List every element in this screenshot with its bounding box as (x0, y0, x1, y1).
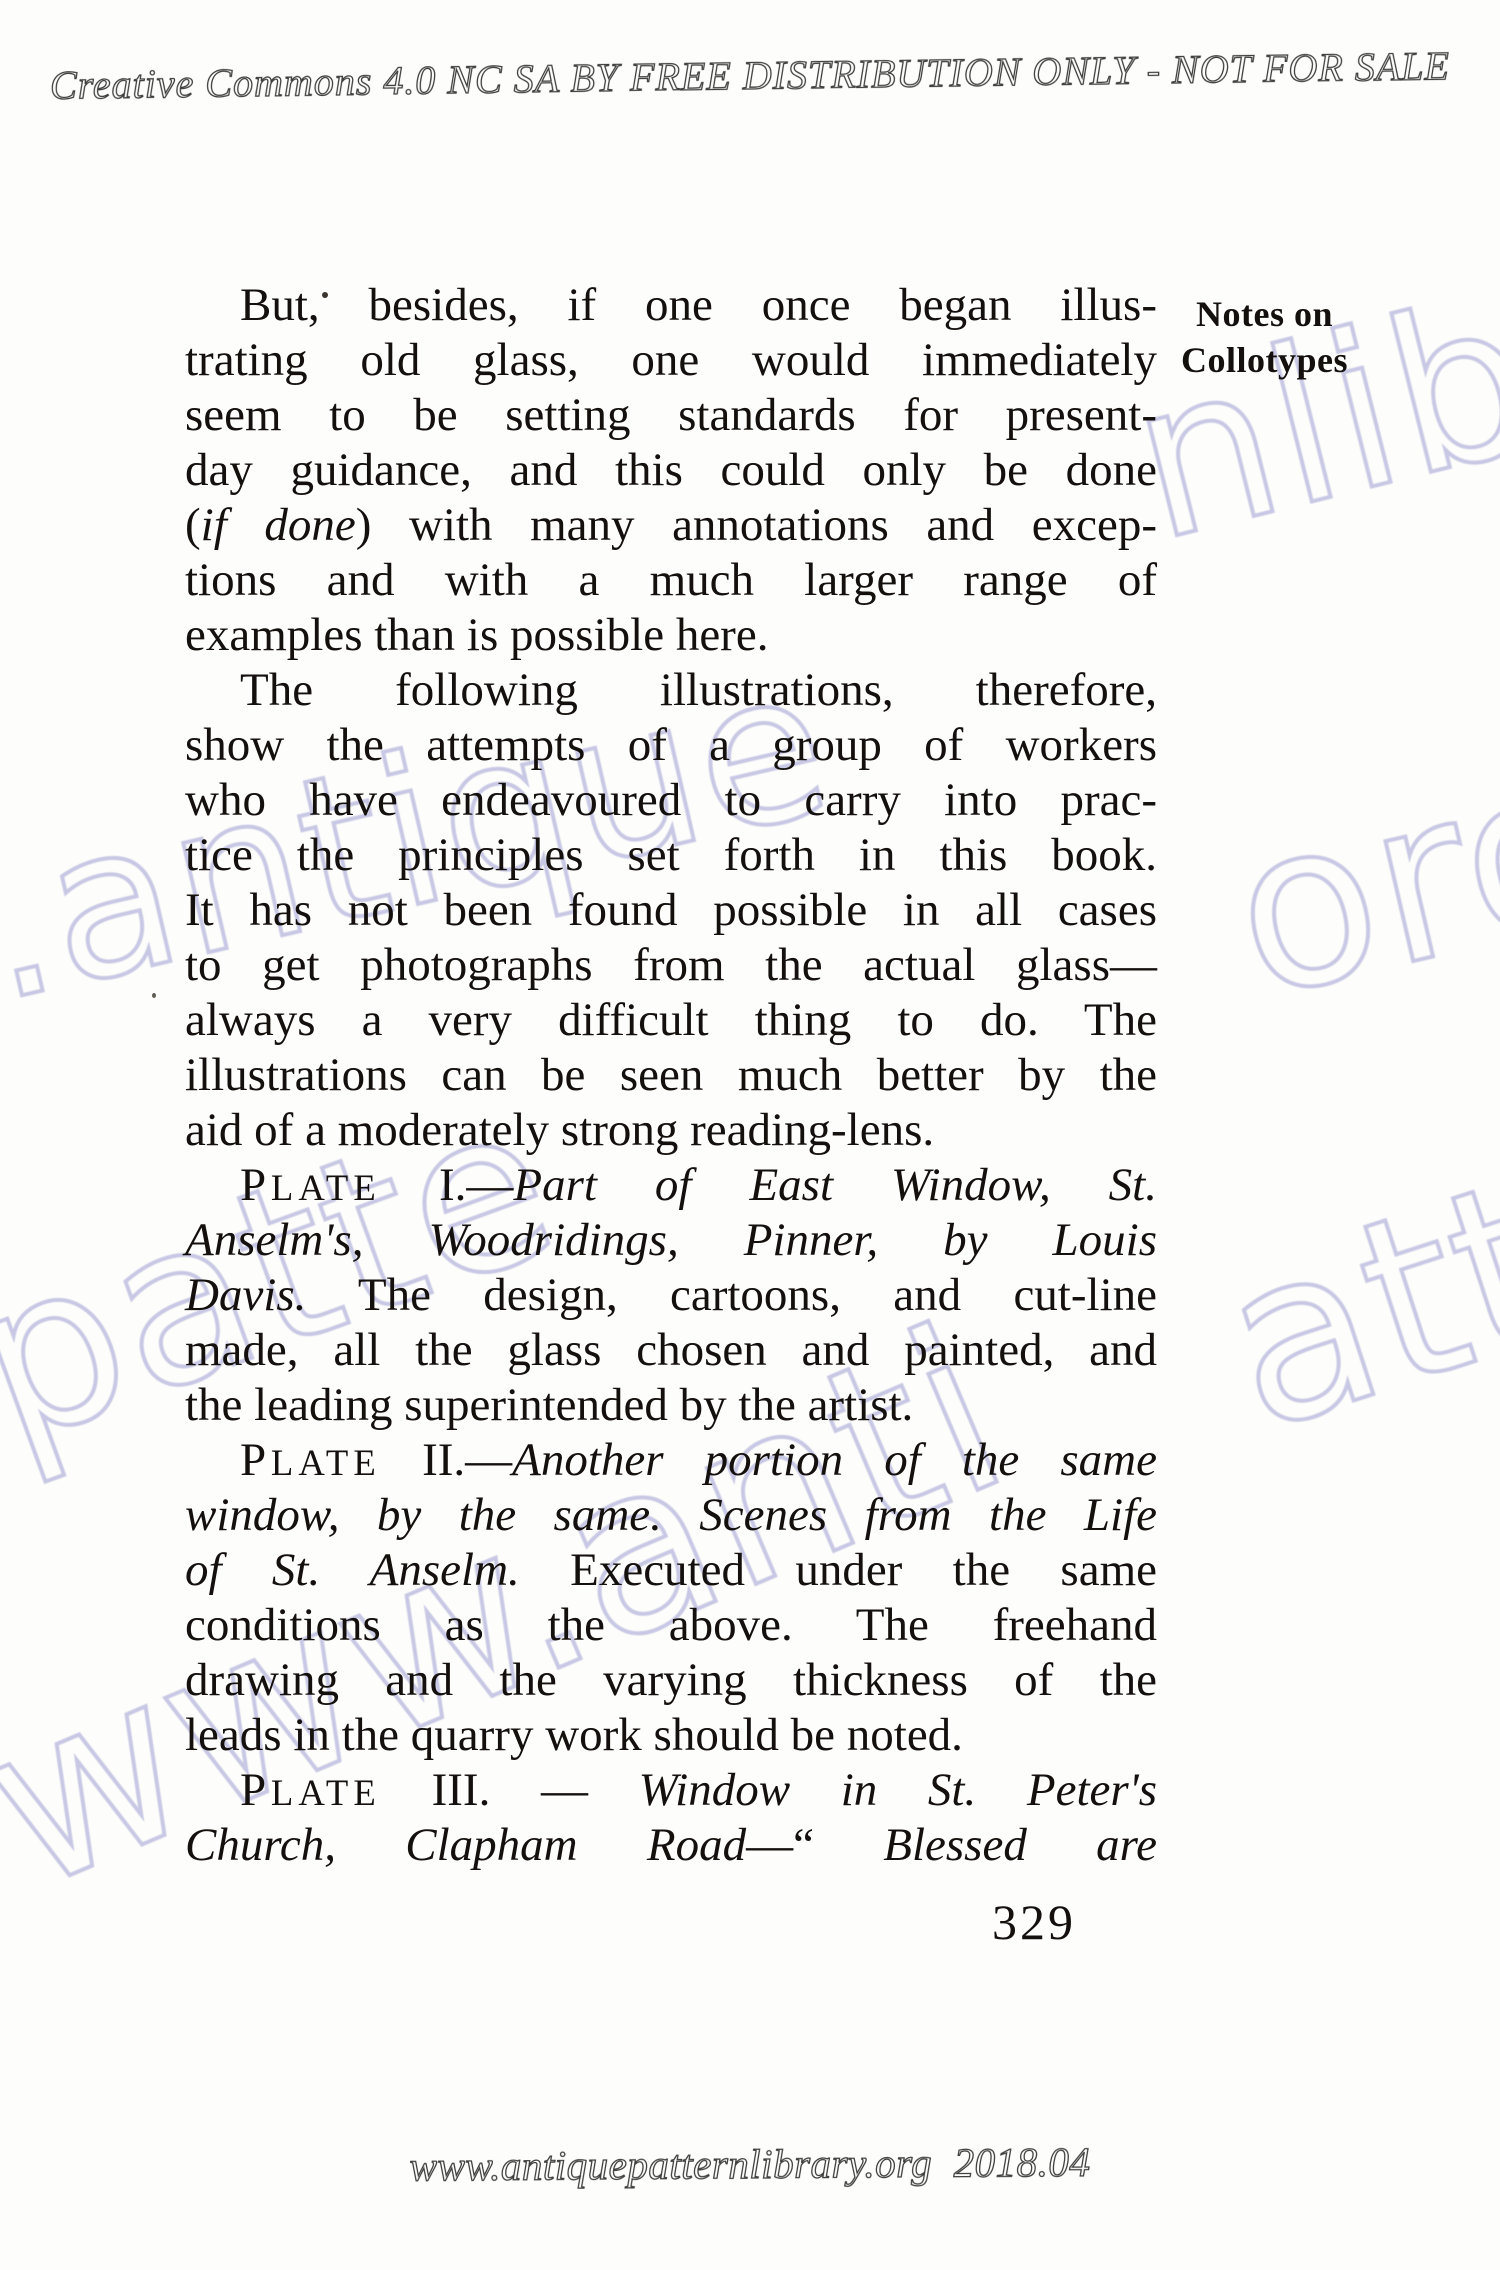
text-line: Church, Clapham Road—“ Blessed are (185, 1818, 1157, 1873)
ink-speck (152, 993, 156, 998)
text-line: Anselm's, Woodridings, Pinner, by Louis (185, 1213, 1157, 1268)
paragraph: PLATE I.—Part of East Window, St.Anselm'… (185, 1158, 1157, 1433)
text-line: PLATE III. — Window in St. Peter's (185, 1763, 1157, 1818)
license-header-text: Creative Commons 4.0 NC SA BY FREE DISTR… (0, 42, 1500, 110)
text-line: show the attempts of a group of workers (185, 718, 1157, 773)
margin-note-line: Collotypes (1162, 337, 1367, 383)
text-line: to get photographs from the actual glass… (185, 938, 1157, 993)
page-number: 329 (992, 1893, 1076, 1951)
text-line: tions and with a much larger range of (185, 553, 1157, 608)
text-line: window, by the same. Scenes from the Lif… (185, 1488, 1157, 1543)
paragraph: PLATE II.—Another portion of the samewin… (185, 1433, 1157, 1763)
margin-note: Notes on Collotypes (1162, 291, 1367, 383)
text-line: Davis. The design, cartoons, and cut-lin… (185, 1268, 1157, 1323)
text-line: leads in the quarry work should be noted… (185, 1708, 1157, 1763)
scanned-book-page: nlibr.antiqueorgpatteattewww.anti Creati… (0, 0, 1500, 2270)
footer-credit-text: www.antiquepatternlibrary.org 2018.04 (0, 2135, 1500, 2193)
text-line: conditions as the above. The freehand (185, 1598, 1157, 1653)
body-text-column: But, besides, if one once began illus-tr… (185, 278, 1157, 1873)
text-line: who have endeavoured to carry into prac- (185, 773, 1157, 828)
text-line: made, all the glass chosen and painted, … (185, 1323, 1157, 1378)
text-line: examples than is possible here. (185, 608, 1157, 663)
text-line: aid of a moderately strong reading-lens. (185, 1103, 1157, 1158)
paragraph: PLATE III. — Window in St. Peter'sChurch… (185, 1763, 1157, 1873)
text-line: always a very difficult thing to do. The (185, 993, 1157, 1048)
text-line: illustrations can be seen much better by… (185, 1048, 1157, 1103)
paragraph: The following illustrations, therefore,s… (185, 663, 1157, 1158)
text-line: of St. Anselm. Executed under the same (185, 1543, 1157, 1598)
text-line: trating old glass, one would immediately (185, 333, 1157, 388)
text-line: day guidance, and this could only be don… (185, 443, 1157, 498)
text-line: tice the principles set forth in this bo… (185, 828, 1157, 883)
watermark-fragment: atte (1199, 1102, 1500, 1466)
margin-note-line: Notes on (1162, 291, 1367, 337)
text-line: (if done) with many annotations and exce… (185, 498, 1157, 553)
text-line: seem to be setting standards for present… (185, 388, 1157, 443)
text-line: drawing and the varying thickness of the (185, 1653, 1157, 1708)
paragraph: But, besides, if one once began illus-tr… (185, 278, 1157, 663)
text-line: PLATE I.—Part of East Window, St. (185, 1158, 1157, 1213)
text-line: PLATE II.—Another portion of the same (185, 1433, 1157, 1488)
text-line: the leading superintended by the artist. (185, 1378, 1157, 1433)
text-line: The following illustrations, therefore, (185, 663, 1157, 718)
watermark-fragment: org (1215, 729, 1500, 1033)
text-line: But, besides, if one once began illus- (185, 278, 1157, 333)
text-line: It has not been found possible in all ca… (185, 883, 1157, 938)
